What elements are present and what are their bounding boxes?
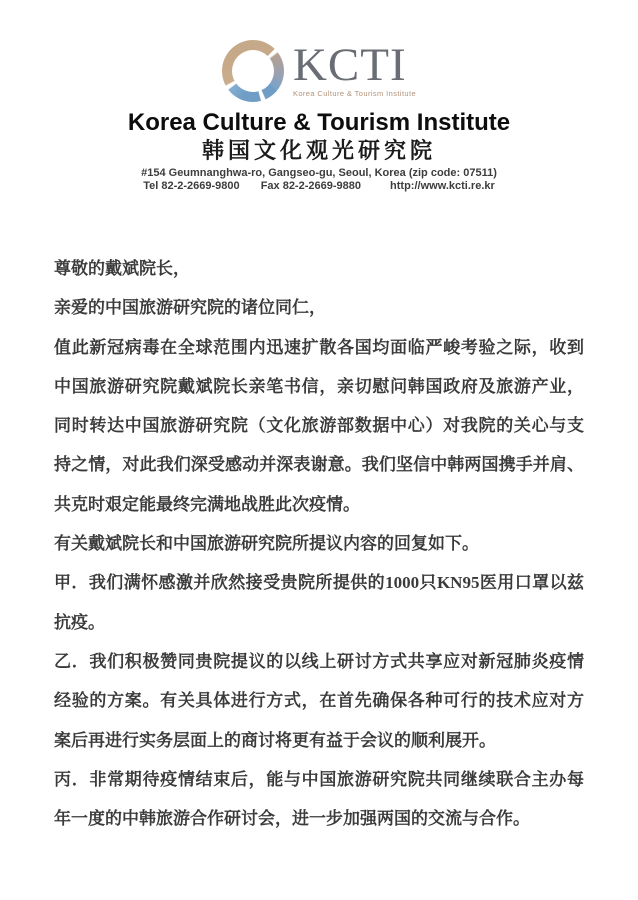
kcti-acronym: KCTI [293,42,416,88]
letter-line: 中国旅游研究院戴斌院长亲笔书信，亲切慰问韩国政府及旅游产业， [54,367,584,406]
letter-line: 共克时艰定能最终完满地战胜此次疫情。 [54,485,584,524]
fax-number: Fax 82-2-2669-9880 [261,180,361,193]
institute-name-en: Korea Culture & Tourism Institute [0,109,638,136]
letter-line: 抗疫。 [54,603,584,642]
kcti-logo-ring-icon [222,40,284,102]
kcti-logo: KCTI Korea Culture & Tourism Institute [0,40,638,106]
kcti-tagline: Korea Culture & Tourism Institute [293,89,416,98]
letterhead: KCTI Korea Culture & Tourism Institute K… [0,0,638,193]
letter-line: 经验的方案。有关具体进行方式，在首先确保各种可行的技术应对方 [54,681,584,720]
website-url: http://www.kcti.re.kr [390,180,495,193]
letter-line: 同时转达中国旅游研究院（文化旅游部数据中心）对我院的关心与支 [54,406,584,445]
letter-body: 尊敬的戴斌院长，亲爱的中国旅游研究院的诸位同仁，值此新冠病毒在全球范围内迅速扩散… [54,249,584,838]
letter-line: 年一度的中韩旅游合作研讨会，进一步加强两国的交流与合作。 [54,799,584,838]
tel-number: Tel 82-2-2669-9800 [143,180,239,193]
institute-address: #154 Geumnanghwa-ro, Gangseo-gu, Seoul, … [0,167,638,180]
letter-line: 丙．非常期待疫情结束后，能与中国旅游研究院共同继续联合主办每 [54,760,584,799]
letter-line: 有关戴斌院长和中国旅游研究院所提议内容的回复如下。 [54,524,584,563]
letter-line: 乙．我们积极赞同贵院提议的以线上研讨方式共享应对新冠肺炎疫情 [54,642,584,681]
institute-contact: Tel 82-2-2669-9800 Fax 82-2-2669-9880 ht… [0,180,638,193]
letter-line: 案后再进行实务层面上的商讨将更有益于会议的顺利展开。 [54,721,584,760]
letter-line: 尊敬的戴斌院长， [54,249,584,288]
letter-line: 亲爱的中国旅游研究院的诸位同仁， [54,288,584,327]
scanned-letter-page: KCTI Korea Culture & Tourism Institute K… [0,0,638,900]
letter-line: 甲．我们满怀感激并欣然接受贵院所提供的1000只KN95医用口罩以兹 [54,563,584,602]
letter-line: 持之情，对此我们深受感动并深表谢意。我们坚信中韩两国携手并肩、 [54,445,584,484]
institute-name-zh: 韩国文化观光研究院 [0,138,638,163]
kcti-logo-text: KCTI Korea Culture & Tourism Institute [293,40,416,98]
letter-line: 值此新冠病毒在全球范围内迅速扩散各国均面临严峻考验之际，收到 [54,328,584,367]
